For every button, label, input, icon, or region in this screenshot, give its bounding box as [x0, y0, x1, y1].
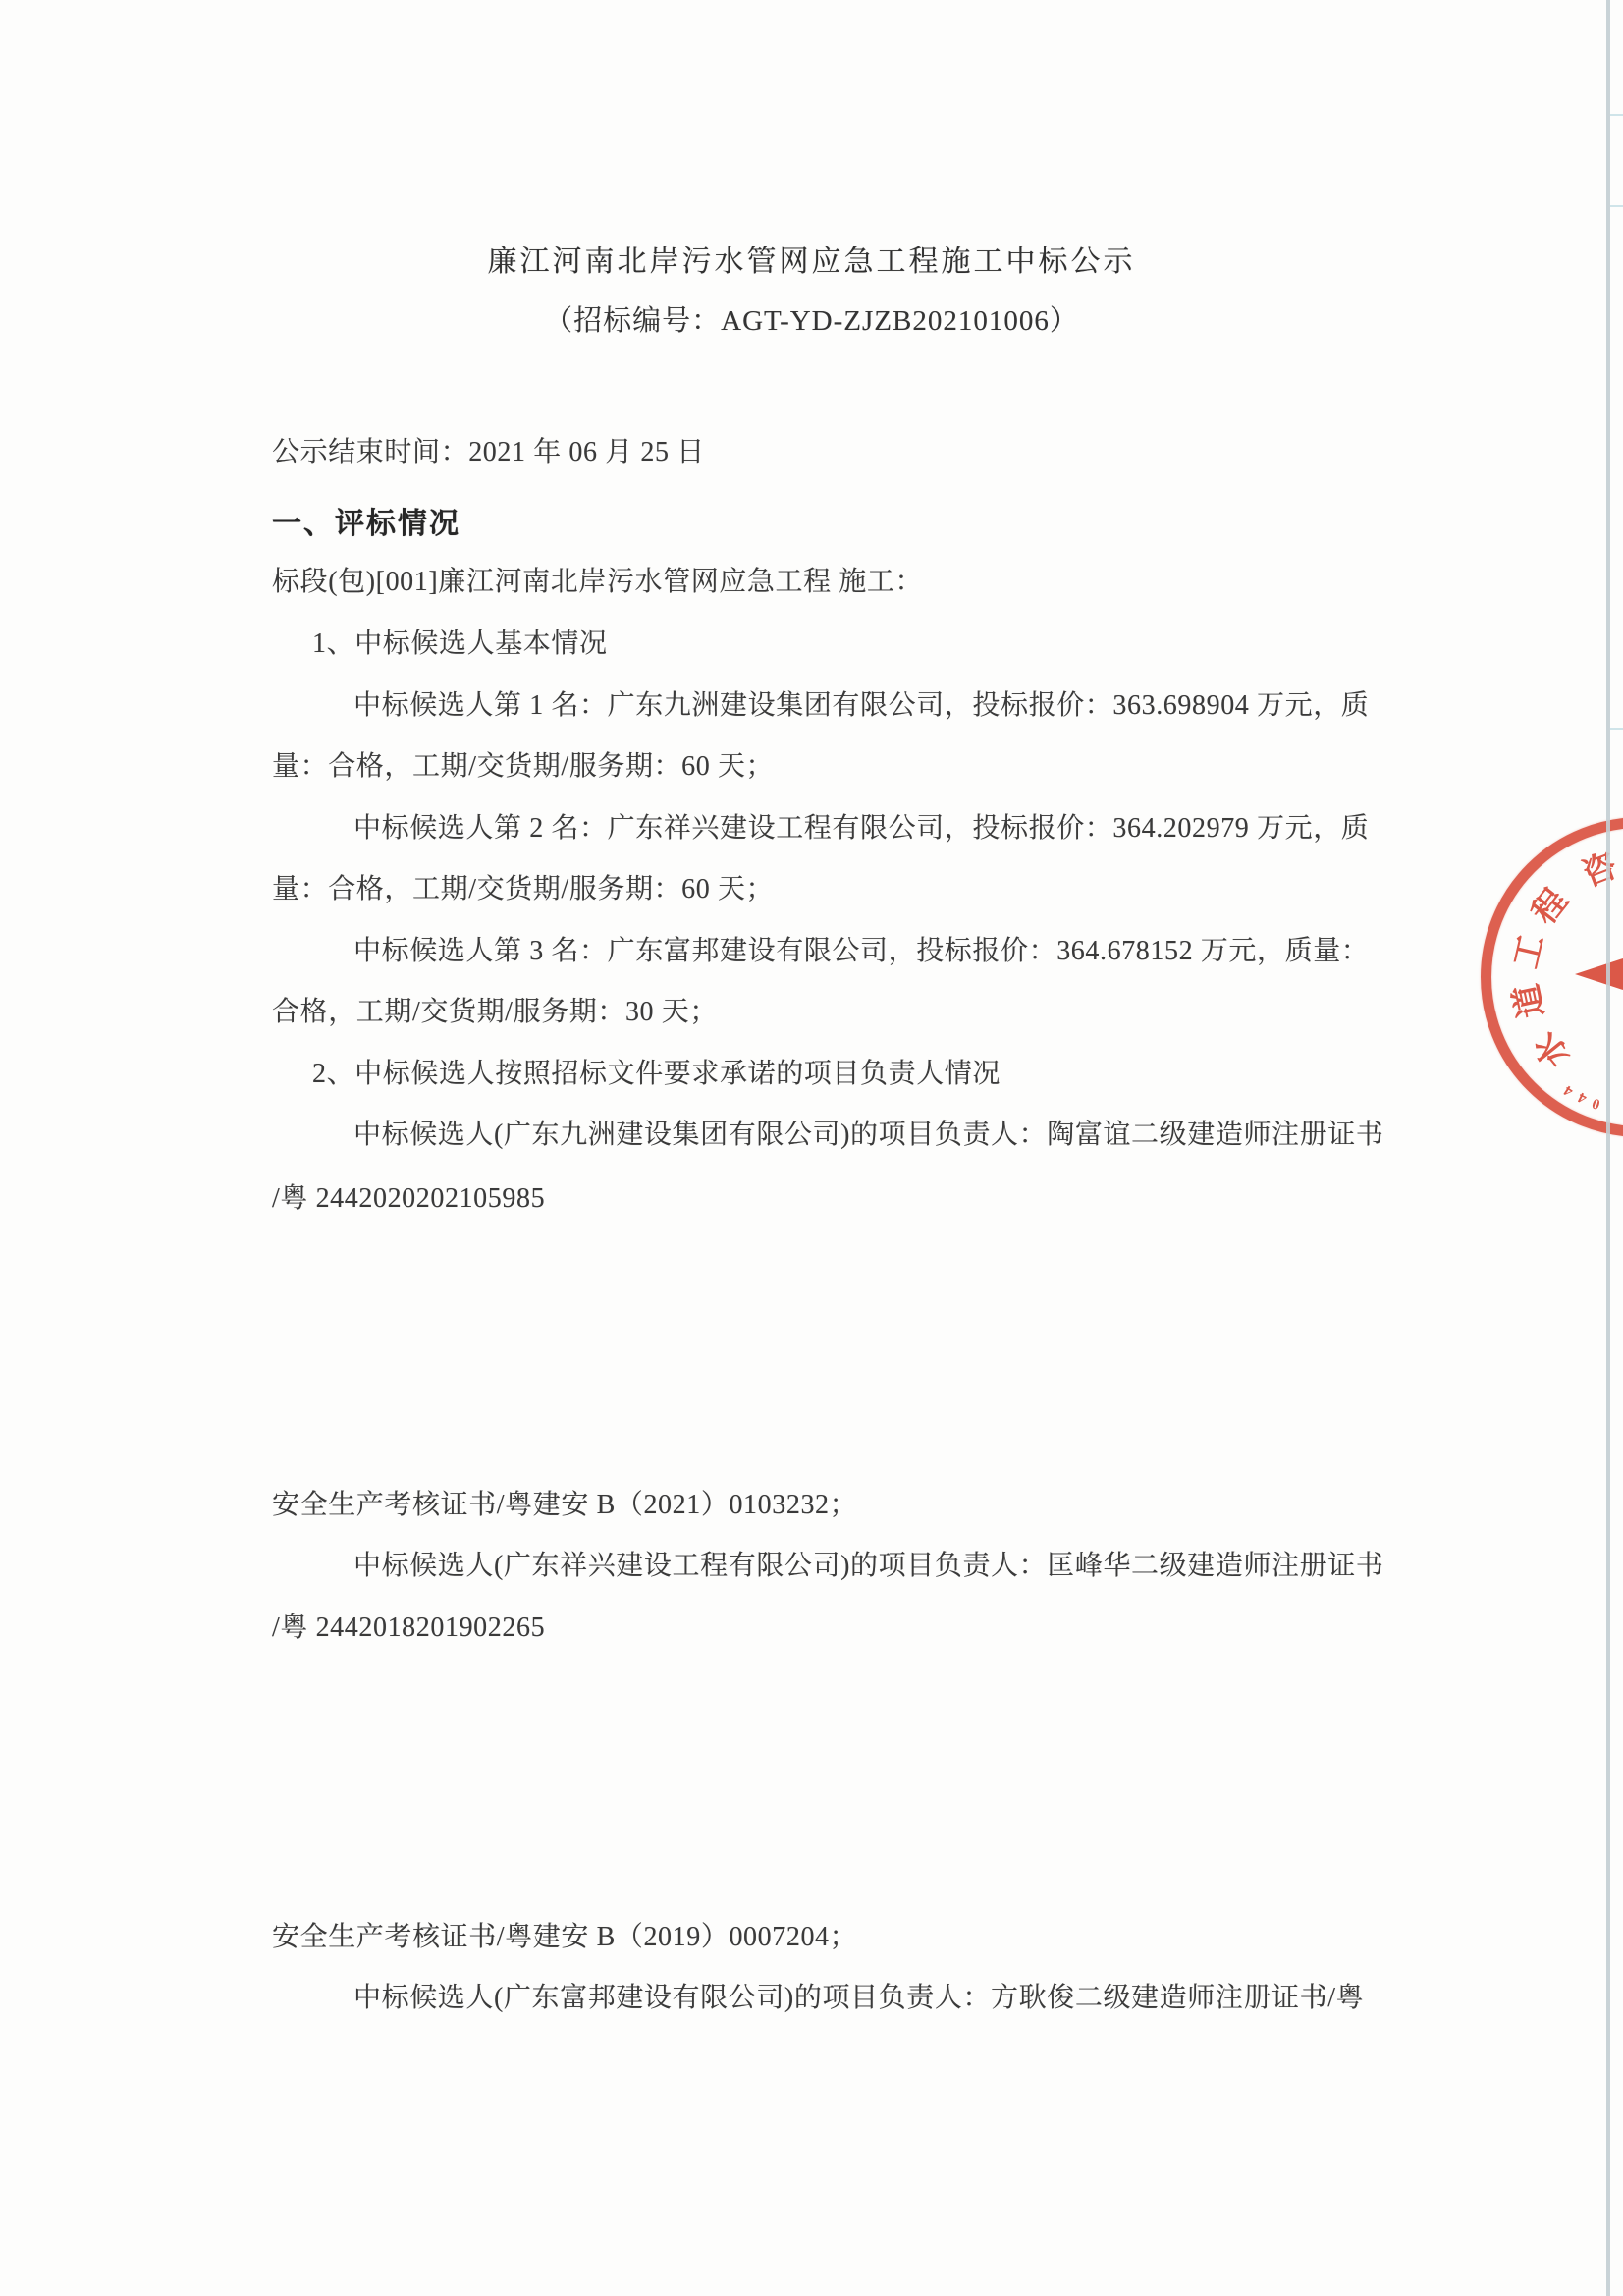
doc-line-safety-cert1: 安全生产考核证书/粤建安 B（2021）0103232；: [272, 1491, 857, 1520]
doc-line-candidate3-cont: 合格，工期/交货期/服务期：30 天；: [272, 998, 718, 1027]
tender-number: （招标编号：AGT-YD-ZJZB202101006）: [0, 299, 1623, 339]
seal-star-icon: [1575, 957, 1623, 991]
doc-line-candidate2: 中标候选人第 2 名：广东祥兴建设工程有限公司，投标报价：364.202979 …: [353, 814, 1369, 844]
doc-line-candidate1-cont: 量：合格，工期/交货期/服务期：60 天；: [272, 752, 774, 782]
scan-artifact: [1610, 728, 1623, 730]
doc-line-candidate1: 中标候选人第 1 名：广东九洲建设集团有限公司，投标报价：363.698904 …: [353, 691, 1369, 721]
doc-line-item1-heading: 1、中标候选人基本情况: [312, 629, 608, 659]
page-title: 廉江河南北岸污水管网应急工程施工中标公示: [0, 237, 1623, 280]
doc-line-manager2-cert: /粤 2442018201902265: [272, 1613, 545, 1643]
doc-line-candidate2-cont: 量：合格，工期/交货期/服务期：60 天；: [272, 875, 774, 904]
scan-edge-line: [1606, 0, 1610, 2296]
doc-line-manager2: 中标候选人(广东祥兴建设工程有限公司)的项目负责人：匡峰华二级建造师注册证书: [353, 1552, 1383, 1581]
deadline-line: 公示结束时间：2021 年 06 月 25 日: [272, 438, 705, 467]
doc-line-manager1: 中标候选人(广东九洲建设集团有限公司)的项目负责人：陶富谊二级建造师注册证书: [353, 1121, 1383, 1150]
scanned-document-page: 廉江河南北岸污水管网应急工程施工中标公示 （招标编号：AGT-YD-ZJZB20…: [0, 0, 1623, 2296]
doc-line-item2-heading: 2、中标候选人按照招标文件要求承诺的项目负责人情况: [312, 1060, 1001, 1089]
doc-line-manager3: 中标候选人(广东富邦建设有限公司)的项目负责人：方耿俊二级建造师注册证书/粤: [353, 1984, 1364, 2013]
doc-line-section-lot: 标段(包)[001]廉江河南北岸污水管网应急工程 施工：: [272, 568, 923, 597]
doc-line-manager1-cert: /粤 2442020202105985: [272, 1184, 545, 1214]
section-heading-evaluation: 一、评标情况: [272, 499, 460, 542]
doc-line-safety-cert2: 安全生产考核证书/粤建安 B（2019）0007204；: [272, 1923, 857, 1952]
scan-artifact: [1610, 205, 1623, 207]
doc-line-candidate3: 中标候选人第 3 名：广东富邦建设有限公司，投标报价：364.678152 万元…: [353, 937, 1369, 966]
scan-artifact: [1610, 114, 1623, 116]
